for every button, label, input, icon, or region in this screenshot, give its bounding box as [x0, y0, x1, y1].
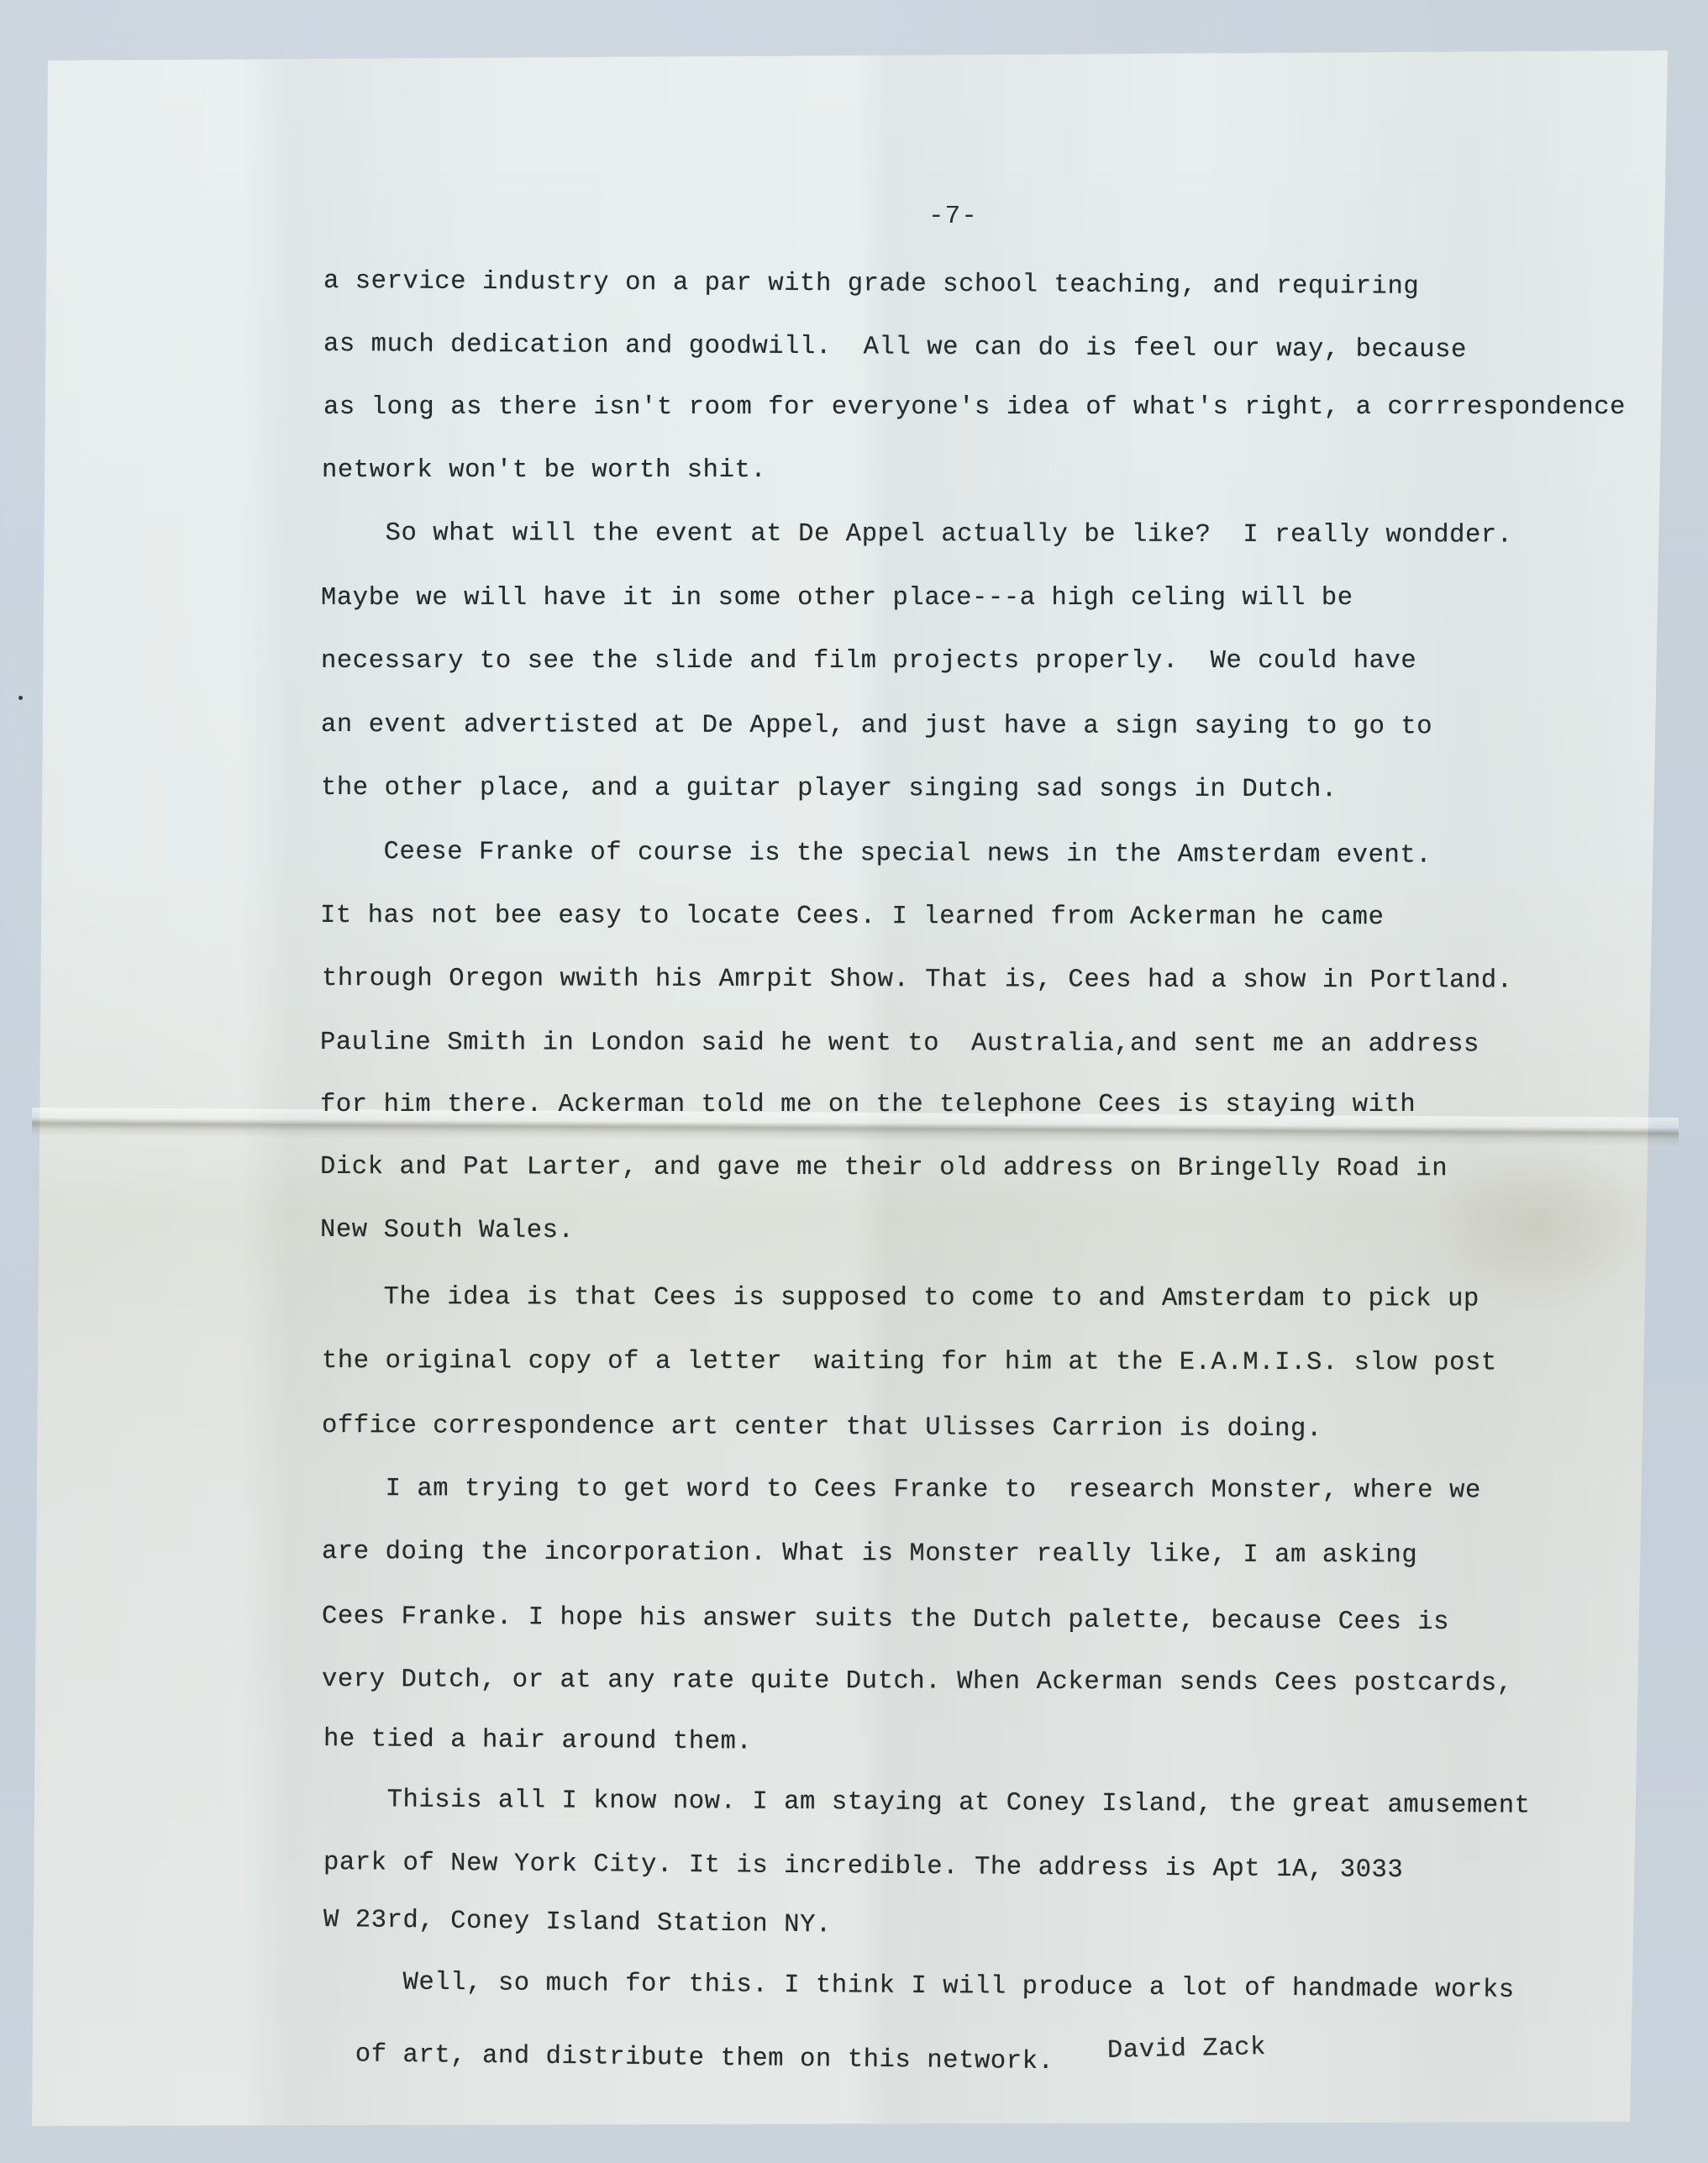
text-line: network won't be worth shit. — [322, 456, 766, 485]
text-line: office correspondence art center that Ul… — [322, 1412, 1322, 1444]
text-line: Thisis all I know now. I am staying at C… — [323, 1786, 1531, 1821]
text-line: are doing the incorporation. What is Mon… — [322, 1538, 1417, 1571]
text-line: The idea is that Cees is supposed to com… — [320, 1283, 1479, 1313]
text-line: park of New York City. It is incredible.… — [323, 1849, 1404, 1885]
text-line: Well, so much for this. I think I will p… — [323, 1968, 1515, 2005]
text-line: as much dedication and goodwill. All we … — [323, 330, 1467, 365]
text-line: Maybe we will have it in some other plac… — [321, 584, 1353, 613]
text-line: W 23rd, Coney Island Station NY. — [323, 1906, 832, 1939]
text-line: Pauline Smith in London said he went to … — [320, 1029, 1479, 1059]
text-line: New South Wales. — [320, 1216, 575, 1245]
text-line: for him there. Ackerman told me on the t… — [320, 1091, 1416, 1119]
text-line: a service industry on a par with grade s… — [323, 267, 1419, 302]
text-line: Dick and Pat Larter, and gave me their o… — [320, 1153, 1448, 1183]
text-line: It has not bee easy to locate Cees. I le… — [320, 902, 1385, 932]
text-line: the original copy of a letter waiting fo… — [322, 1347, 1497, 1377]
text-line: So what will the event at De Appel actua… — [322, 519, 1513, 550]
text-line: as long as there isn't room for everyone… — [323, 393, 1626, 422]
text-line: the other place, and a guitar player sin… — [321, 774, 1337, 804]
text-line: an event advertisted at De Appel, and ju… — [321, 711, 1432, 741]
text-line: through Oregon wwith his Amrpit Show. Th… — [322, 965, 1513, 995]
text-line: of art, and distribute them on this netw… — [323, 2040, 1054, 2076]
text-line: he tied a hair around them. — [323, 1725, 753, 1757]
text-line: Cees Franke. I hope his answer suits the… — [322, 1603, 1449, 1637]
text-line: very Dutch, or at any rate quite Dutch. … — [322, 1666, 1513, 1698]
text-line: I am trying to get word to Cees Franke t… — [322, 1475, 1481, 1505]
signature: David Zack — [1107, 2034, 1267, 2066]
text-line: Ceese Franke of course is the special ne… — [320, 838, 1432, 871]
letter-body: a service industry on a par with grade s… — [0, 0, 1708, 2163]
text-line: necessary to see the slide and film proj… — [321, 647, 1416, 676]
